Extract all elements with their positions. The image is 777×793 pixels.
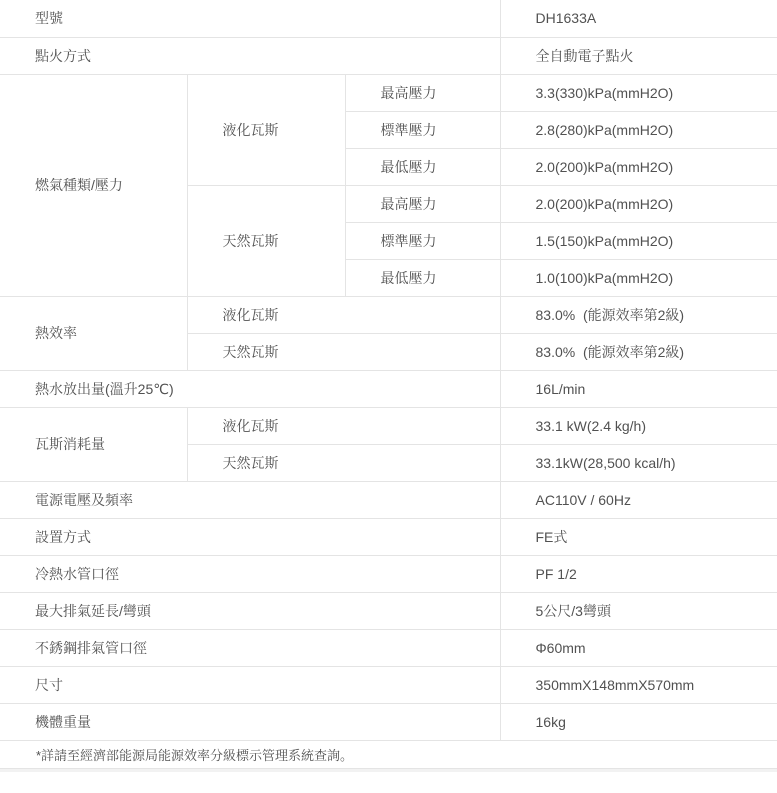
- table-row: 熱效率液化瓦斯83.0% (能源效率第2級): [0, 296, 777, 333]
- spec-label: 電源電壓及頻率: [0, 481, 500, 518]
- spec-label: 天然瓦斯: [187, 185, 345, 296]
- table-row: 尺寸350mmX148mmX570mm: [0, 666, 777, 703]
- table-row: 型號DH1633A: [0, 0, 777, 37]
- spec-label: 點火方式: [0, 37, 500, 74]
- spec-label: 機體重量: [0, 703, 500, 740]
- spec-value: 2.0(200)kPa(mmH2O): [500, 148, 777, 185]
- spec-table-body: 型號DH1633A點火方式全自動電子點火燃氣種類/壓力液化瓦斯最高壓力3.3(3…: [0, 0, 777, 740]
- spec-label: 液化瓦斯: [187, 74, 345, 185]
- spec-label: 最高壓力: [345, 185, 500, 222]
- spec-value: AC110V / 60Hz: [500, 481, 777, 518]
- spec-label: 尺寸: [0, 666, 500, 703]
- table-row: 點火方式全自動電子點火: [0, 37, 777, 74]
- spec-value: 33.1 kW(2.4 kg/h): [500, 407, 777, 444]
- spec-value: DH1633A: [500, 0, 777, 37]
- spec-value: 83.0% (能源效率第2級): [500, 296, 777, 333]
- spec-label: 最低壓力: [345, 148, 500, 185]
- spec-label: 冷熱水管口徑: [0, 555, 500, 592]
- spec-value: FE式: [500, 518, 777, 555]
- spec-value: PF 1/2: [500, 555, 777, 592]
- spec-label: 型號: [0, 0, 500, 37]
- spec-value: 3.3(330)kPa(mmH2O): [500, 74, 777, 111]
- spec-value: 2.0(200)kPa(mmH2O): [500, 185, 777, 222]
- table-row: 機體重量16kg: [0, 703, 777, 740]
- table-row: 瓦斯消耗量液化瓦斯33.1 kW(2.4 kg/h): [0, 407, 777, 444]
- spec-value: 16kg: [500, 703, 777, 740]
- spec-table-footer: *詳請至經濟部能源局能源效率分級標示管理系統查詢。: [0, 740, 777, 768]
- spec-label: 液化瓦斯: [187, 407, 500, 444]
- spec-value: 83.0% (能源效率第2級): [500, 333, 777, 370]
- spec-label: 設置方式: [0, 518, 500, 555]
- spec-value: 33.1kW(28,500 kcal/h): [500, 444, 777, 481]
- spec-label: 最高壓力: [345, 74, 500, 111]
- spec-label: 天然瓦斯: [187, 444, 500, 481]
- table-row: 冷熱水管口徑PF 1/2: [0, 555, 777, 592]
- table-row: 熱水放出量(溫升25℃)16L/min: [0, 370, 777, 407]
- table-row: 電源電壓及頻率AC110V / 60Hz: [0, 481, 777, 518]
- spec-label: 標準壓力: [345, 222, 500, 259]
- footnote-text: *詳請至經濟部能源局能源效率分級標示管理系統查詢。: [0, 740, 777, 768]
- spec-value: 5公尺/3彎頭: [500, 592, 777, 629]
- spec-label: 熱水放出量(溫升25℃): [0, 370, 500, 407]
- bottom-divider: [0, 768, 777, 772]
- spec-value: 全自動電子點火: [500, 37, 777, 74]
- spec-value: 2.8(280)kPa(mmH2O): [500, 111, 777, 148]
- footnote-row: *詳請至經濟部能源局能源效率分級標示管理系統查詢。: [0, 740, 777, 768]
- spec-value: 350mmX148mmX570mm: [500, 666, 777, 703]
- spec-label: 最大排氣延長/彎頭: [0, 592, 500, 629]
- spec-value: 1.0(100)kPa(mmH2O): [500, 259, 777, 296]
- spec-label: 燃氣種類/壓力: [0, 74, 187, 296]
- spec-value: Φ60mm: [500, 629, 777, 666]
- spec-label: 液化瓦斯: [187, 296, 500, 333]
- spec-label: 瓦斯消耗量: [0, 407, 187, 481]
- table-row: 不銹鋼排氣管口徑Φ60mm: [0, 629, 777, 666]
- spec-value: 16L/min: [500, 370, 777, 407]
- table-row: 最大排氣延長/彎頭5公尺/3彎頭: [0, 592, 777, 629]
- spec-table: 型號DH1633A點火方式全自動電子點火燃氣種類/壓力液化瓦斯最高壓力3.3(3…: [0, 0, 777, 768]
- spec-label: 最低壓力: [345, 259, 500, 296]
- spec-label: 標準壓力: [345, 111, 500, 148]
- table-row: 燃氣種類/壓力液化瓦斯最高壓力3.3(330)kPa(mmH2O): [0, 74, 777, 111]
- spec-value: 1.5(150)kPa(mmH2O): [500, 222, 777, 259]
- spec-label: 不銹鋼排氣管口徑: [0, 629, 500, 666]
- spec-label: 天然瓦斯: [187, 333, 500, 370]
- table-row: 設置方式FE式: [0, 518, 777, 555]
- spec-label: 熱效率: [0, 296, 187, 370]
